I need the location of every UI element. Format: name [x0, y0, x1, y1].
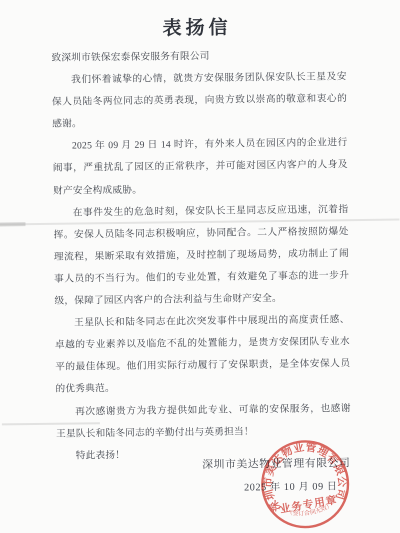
signature-date: 2025 年 10 月 09 日 — [202, 482, 350, 494]
signature-company-name: 深圳市美达物业管理有限公司 — [202, 458, 350, 471]
letter-scan-page: 表扬信 致深圳市铁保宏泰保安服务有限公司 我们怀着诚挚的心情，就贵方安保服务团队… — [0, 0, 400, 533]
letter-title: 表扬信 — [0, 0, 397, 42]
letter-paragraph: 我们怀着诚挚的心情，就贵方安保服务团队保安队长王星及安保人员陆冬两位同志的英勇表… — [52, 66, 348, 136]
letter-paragraph: 2025 年 09 月 29 日 14 时许，有外来人员在园区内的企业进行闹事，… — [52, 133, 348, 203]
letter-paragraph: 再次感谢贵方为我方提供如此专业、可靠的安保服务，也感谢王星队长和陆冬同志的辛勤付… — [56, 398, 352, 446]
document-sheet: 表扬信 致深圳市铁保宏泰保安服务有限公司 我们怀着诚挚的心情，就贵方安保服务团队… — [0, 0, 400, 533]
seal-band-text: 业务专用章 — [279, 493, 338, 516]
letter-paragraph: 王星队长和陆冬同志在此次突发事件中展现出的高度责任感、卓越的专业素养以及临危不乱… — [55, 309, 351, 401]
seal-note-text: （签订合同无效） — [285, 501, 334, 521]
letter-paragraph: 在事件发生的危急时刻，保安队长王星同志反应迅速，沉着指挥。安保人员陆冬同志积极响… — [53, 199, 349, 313]
scan-artifact-line — [0, 222, 25, 226]
signature-block: 深圳市美达物业管理有限公司 2025 年 10 月 09 日 — [202, 458, 351, 494]
letter-body: 致深圳市铁保宏泰保安服务有限公司 我们怀着诚挚的心情，就贵方安保服务团队保安队长… — [51, 44, 351, 467]
